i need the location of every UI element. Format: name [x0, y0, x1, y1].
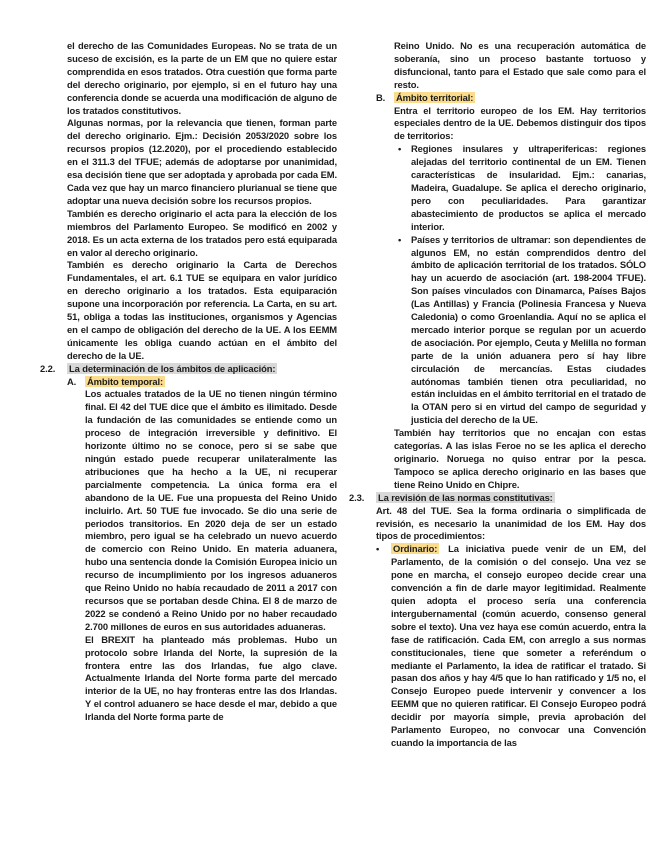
paragraph-ambito-temporal-body: Los actuales tratados de la UE no tienen…: [85, 388, 337, 633]
paragraph-derecho-comunidades: el derecho de las Comunidades Europeas. …: [67, 40, 337, 117]
item-a-letter: A.: [67, 376, 85, 389]
bullet-text-ordinario: Ordinario: La iniciativa puede venir de …: [391, 543, 646, 750]
list-item-paises-ultramar: • Países y territorios de ultramar: son …: [398, 234, 646, 428]
item-a-heading: A. Ámbito temporal:: [67, 376, 337, 389]
bullet-icon: •: [376, 543, 391, 556]
ordinario-label: Ordinario:: [391, 543, 439, 554]
item-a-title: Ámbito temporal:: [85, 376, 165, 387]
paragraph-territorios-outro: También hay territorios que no encajan c…: [394, 427, 646, 492]
list-item-regiones-insulares: • Regiones insulares y ultraperifericas:…: [398, 143, 646, 233]
section-heading-2-3: 2.3. La revisión de las normas constitut…: [349, 492, 646, 505]
item-b-heading: B. Ámbito territorial:: [376, 92, 646, 105]
section-number-2-2: 2.2.: [40, 363, 67, 376]
left-column: el derecho de las Comunidades Europeas. …: [40, 40, 337, 724]
section-number-2-3: 2.3.: [349, 492, 376, 505]
paragraph-ambito-territorial-intro: Entra el territorio europeo de los EM. H…: [394, 105, 646, 144]
paragraph-acta-eleccion: También es derecho originario el acta pa…: [67, 208, 337, 260]
item-b-letter: B.: [376, 92, 394, 105]
paragraph-carta-derechos: También es derecho originario la Carta d…: [67, 259, 337, 362]
ordinario-body: La iniciativa puede venir de un EM, del …: [391, 543, 646, 748]
bullet-text-regiones: Regiones insulares y ultraperifericas: r…: [411, 143, 646, 233]
paragraph-brexit: El BREXIT ha planteado más problemas. Hu…: [85, 634, 337, 724]
bullet-icon: •: [398, 143, 411, 156]
item-b-title: Ámbito territorial:: [394, 92, 475, 103]
right-column: Reino Unido. No es una recuperación auto…: [349, 40, 646, 750]
list-item-ordinario: • Ordinario: La iniciativa puede venir d…: [376, 543, 646, 750]
document-page: el derecho de las Comunidades Europeas. …: [0, 0, 655, 848]
bullet-text-ultramar: Países y territorios de ultramar: son de…: [411, 234, 646, 428]
bullet-icon: •: [398, 234, 411, 247]
paragraph-algunas-normas: Algunas normas, por la relevancia que ti…: [67, 117, 337, 207]
paragraph-reino-unido-continuation: Reino Unido. No es una recuperación auto…: [394, 40, 646, 92]
paragraph-revision-intro: Art. 48 del TUE. Sea la forma ordinaria …: [376, 505, 646, 544]
section-title-2-2: La determinación de los ámbitos de aplic…: [67, 363, 277, 374]
section-heading-2-2: 2.2. La determinación de los ámbitos de …: [40, 363, 337, 376]
section-title-2-3: La revisión de las normas constitutivas:: [376, 492, 555, 503]
